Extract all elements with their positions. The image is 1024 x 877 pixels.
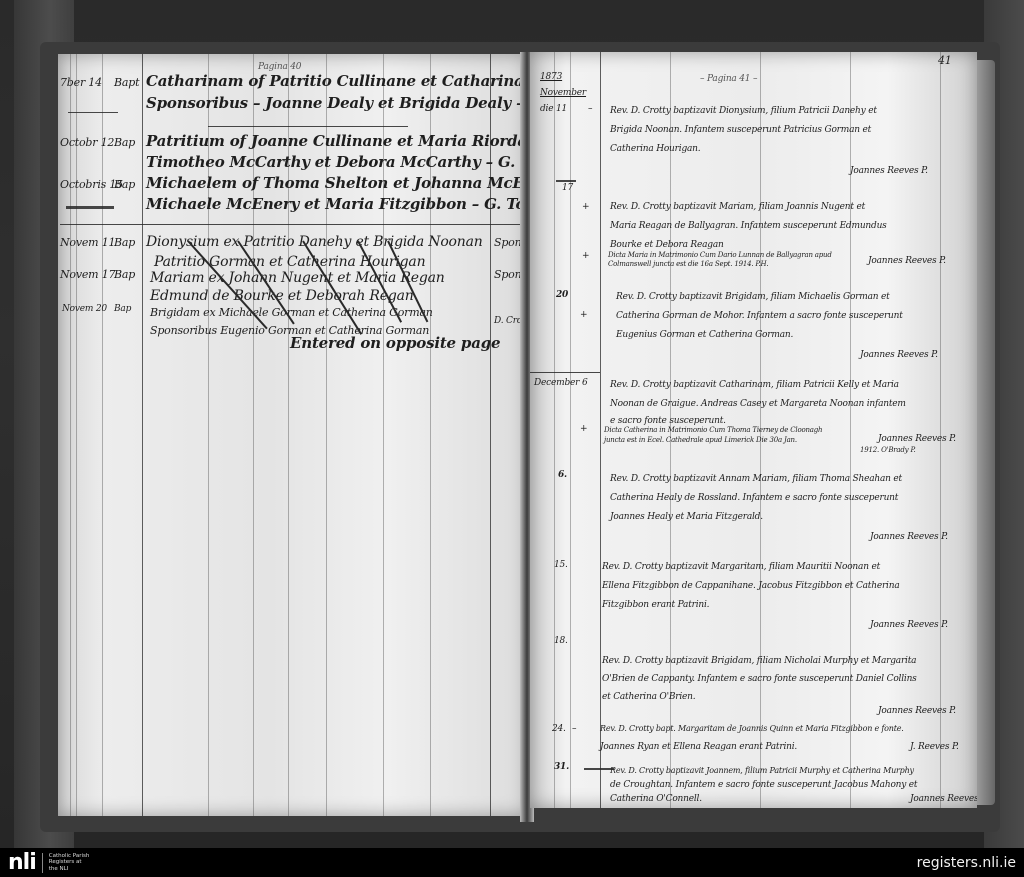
- margin-rule: [554, 52, 555, 808]
- entry-line: Catharinam of Patritio Cullinane et Cath…: [146, 72, 528, 90]
- footer-bar: nli Catholic Parish Registers at the NLI…: [0, 848, 1024, 877]
- entry-line: Rev. D. Crotty baptizavit Mariam, filiam…: [610, 202, 865, 212]
- page-header: – Pagina 41 –: [700, 74, 757, 84]
- entry-mark: –: [572, 724, 576, 734]
- nli-logo-mark: nli: [8, 852, 36, 874]
- entry-type: Bapt: [114, 76, 139, 89]
- entry-day: 15.: [554, 560, 568, 570]
- entry-line: Michaelem of Thoma Shelton et Johanna Mc…: [146, 174, 528, 192]
- margin-rule: [570, 52, 571, 808]
- entry-date: Novem 17: [60, 268, 115, 281]
- note-mark: +: [580, 424, 587, 434]
- entry-type: Bap: [114, 236, 135, 249]
- entry-line: Sponsoribus – Joanne Dealy et Brigida De…: [146, 94, 528, 112]
- entry-date: Octobr 12: [60, 136, 114, 149]
- entry-day: 6.: [558, 470, 567, 480]
- column-rule: [102, 54, 103, 816]
- entry-note: juncta est in Ecel. Cathedrale apud Lime…: [604, 436, 797, 444]
- page-header: Pagina 40: [258, 62, 301, 72]
- signature: Joannes Reeves P.: [878, 706, 956, 716]
- entry-annotation: Entered on opposite page: [290, 334, 500, 352]
- entry-type: Bap: [114, 268, 135, 281]
- nli-logo[interactable]: nli Catholic Parish Registers at the NLI: [8, 852, 89, 874]
- right-page: 41 – Pagina 41 – 1873 November die 11 – …: [530, 52, 977, 808]
- logo-caption: Catholic Parish Registers at the NLI: [49, 853, 90, 872]
- entry-line: Brigida Noonan. Infantem susceperunt Pat…: [610, 125, 871, 135]
- entry-note: 1912. O'Brady P.: [860, 446, 916, 454]
- entry-line: Patritium of Joanne Cullinane et Maria R…: [146, 132, 528, 150]
- entry-line: Rev. D. Crotty baptizavit Margaritam, fi…: [602, 562, 880, 572]
- entry-line: Michaele McEnery et Maria Fitzgibbon – G…: [146, 195, 528, 213]
- margin-rule: [76, 54, 77, 816]
- entry-note: Dicta Catherina in Matrimonio Cum Thoma …: [604, 426, 822, 434]
- divider: [68, 112, 118, 113]
- entry-line: Joannes Healy et Maria Fitzgerald.: [610, 512, 763, 522]
- entry-line: Ellena Fitzgibbon de Cappanihane. Jacobu…: [602, 581, 900, 591]
- entry-line: Catherina Healy de Rossland. Infantem e …: [610, 493, 898, 503]
- entry-day: 6: [582, 378, 588, 388]
- entry-line: Timotheo McCarthy et Debora McCarthy – G…: [146, 153, 528, 171]
- entry-day: 24.: [552, 724, 566, 734]
- entry-note: Dicta Maria in Matrimonio Cum Dario Lunn…: [608, 251, 832, 259]
- entry-line: Patritio Gorman et Catherina Hourigan: [154, 254, 425, 270]
- entry-type: Bap: [114, 136, 135, 149]
- entry-type: Bap: [114, 178, 135, 191]
- margin-rule: [70, 54, 71, 816]
- month-heading: December: [534, 378, 579, 388]
- entry-line: Rev. D. Crotty baptizavit Annam Mariam, …: [610, 474, 902, 484]
- entry-line: Brigidam ex Michaele Gorman et Catherina…: [150, 306, 433, 319]
- entry-date: Novem 11: [60, 236, 115, 249]
- entry-note: Colmanswell juncta est die 16a Sept. 191…: [608, 260, 768, 268]
- entry-day: 18.: [554, 636, 568, 646]
- entry-mark: –: [588, 104, 592, 114]
- signature: Joannes Reeves P.: [868, 256, 946, 266]
- entry-line: Joannes Ryan et Ellena Reagan erant Patr…: [600, 742, 797, 752]
- entry-line: Eugenius Gorman et Catherina Gorman.: [616, 330, 793, 340]
- entry-line: Catherina Hourigan.: [610, 144, 700, 154]
- divider: [530, 372, 600, 373]
- page-number: 41: [938, 54, 952, 67]
- entry-line: Rev. D. Crotty bapt. Margaritam de Joann…: [600, 724, 904, 733]
- page-edge: [977, 60, 995, 805]
- divider: [208, 126, 408, 127]
- entry-line: Bourke et Debora Reagan: [610, 240, 724, 250]
- entry-line: Rev. D. Crotty baptizavit Catharinam, fi…: [610, 380, 899, 390]
- entry-line: de Croughtan. Infantem e sacro fonte sus…: [610, 780, 917, 790]
- entry-line: Fitzgibbon erant Patrini.: [602, 600, 709, 610]
- entry-date: Novem 20: [62, 304, 107, 314]
- signature: Joannes Reeves P.: [878, 434, 956, 444]
- signature: Joannes Reeves P.: [870, 532, 948, 542]
- signature: Joannes Reeves P.: [850, 166, 928, 176]
- entry-type: Bap: [114, 304, 131, 314]
- entry-mark: +: [580, 310, 587, 320]
- entry-line: Rev. D. Crotty baptizavit Joannem, filiu…: [610, 766, 914, 775]
- entry-mark: +: [582, 202, 589, 212]
- note-mark: +: [582, 251, 589, 261]
- entry-line: et Catherina O'Brien.: [602, 692, 695, 702]
- entry-day: 31.: [554, 762, 569, 772]
- column-rule: [940, 52, 941, 808]
- entry-line: O'Brien de Cappanty. Infantem e sacro fo…: [602, 674, 917, 684]
- logo-divider: [42, 853, 43, 873]
- entry-line: Rev. D. Crotty baptizavit Brigidam, fili…: [602, 656, 916, 666]
- signature: J. Reeves P.: [910, 742, 959, 752]
- entry-line: Rev. D. Crotty baptizavit Dionysium, fil…: [610, 106, 877, 116]
- year-heading: 1873: [540, 72, 562, 82]
- entry-line: Mariam ex Johann Nugent et Maria Regan: [150, 270, 445, 286]
- site-link[interactable]: registers.nli.ie: [917, 855, 1016, 871]
- divider: [556, 180, 576, 182]
- entry-line: Maria Reagan de Ballyagran. Infantem sus…: [610, 221, 887, 231]
- signature: Joannes Reeves P.: [870, 620, 948, 630]
- signature: Joannes Reeves: [910, 794, 977, 804]
- divider: [60, 224, 520, 225]
- entry-line: Rev. D. Crotty baptizavit Brigidam, fili…: [616, 292, 890, 302]
- entry-line: Edmund de Bourke et Deborah Regan: [150, 288, 414, 304]
- entry-date: 7ber 14: [60, 76, 102, 89]
- column-rule: [600, 52, 601, 808]
- register-image-viewer: Pagina 40 7ber 14 Bapt Catharinam of Pat…: [0, 0, 1024, 848]
- logo-caption-line: the NLI: [49, 866, 90, 872]
- entry-line: Catherina O'Connell.: [610, 794, 702, 804]
- column-rule: [142, 54, 143, 816]
- left-page: Pagina 40 7ber 14 Bapt Catharinam of Pat…: [58, 54, 528, 816]
- entry-line: e sacro fonte susceperunt.: [610, 416, 726, 426]
- entry-day: 20: [556, 290, 568, 300]
- divider: [66, 206, 114, 209]
- entry-line: Noonan de Graigue. Andreas Casey et Marg…: [610, 399, 906, 409]
- month-heading: November: [540, 88, 586, 98]
- entry-day: 17: [562, 183, 573, 193]
- entry-line: Catherina Gorman de Mohor. Infantem a sa…: [616, 311, 903, 321]
- signature: Joannes Reeves P.: [860, 350, 938, 360]
- entry-line: Dionysium ex Patritio Danehy et Brigida …: [146, 234, 483, 250]
- entry-day: die 11: [540, 104, 567, 114]
